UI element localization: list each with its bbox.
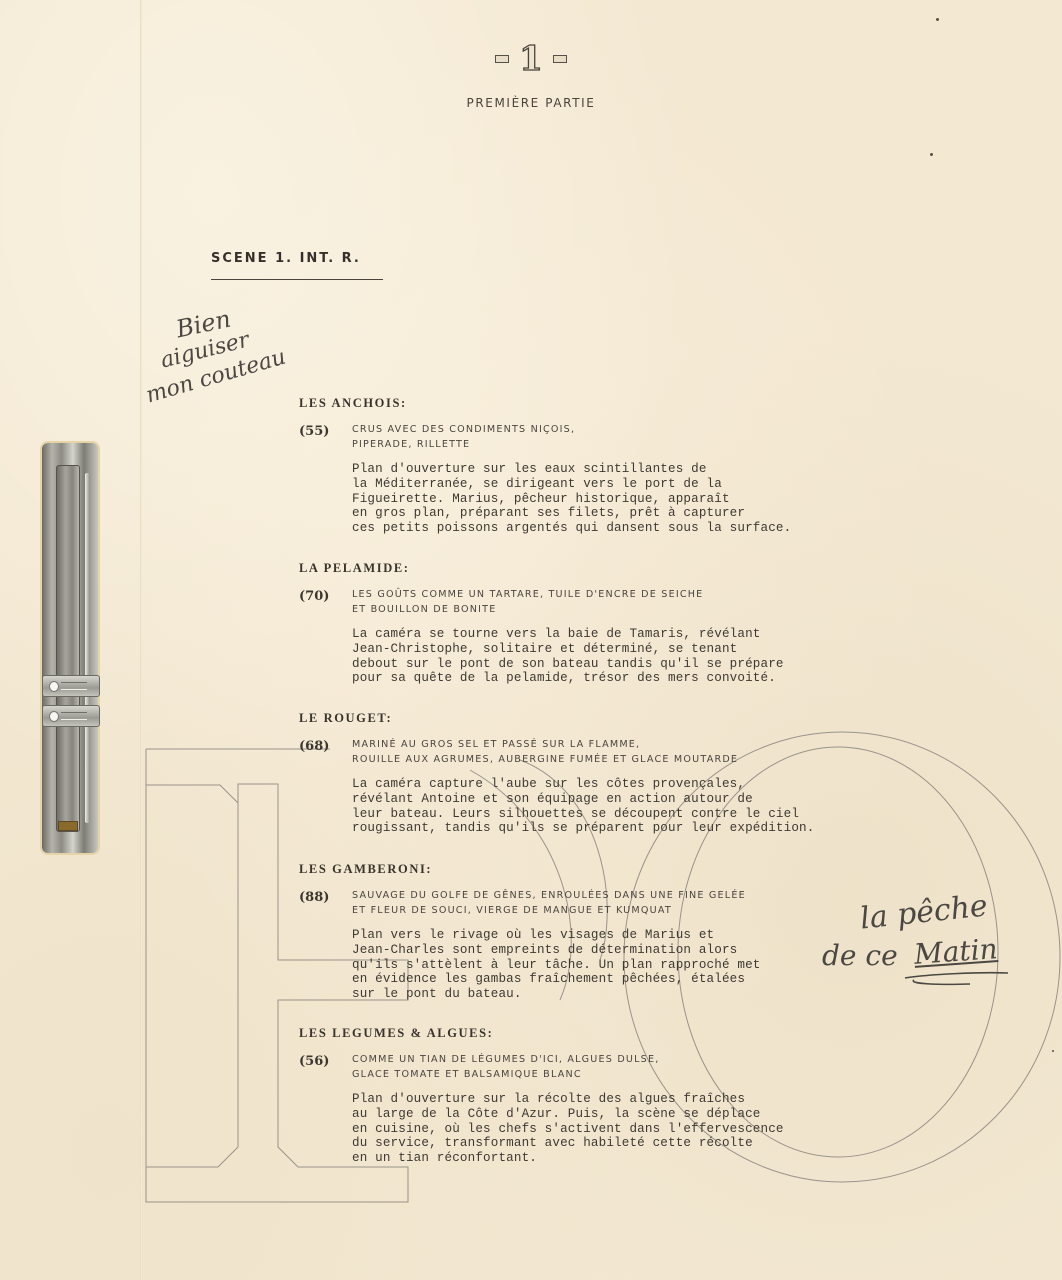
menu-section-legumes-algues: LES LEGUMES & ALGUES: (56) COMME UN TIAN…: [299, 1026, 899, 1166]
section-subtitle: MARINÉ AU GROS SEL ET PASSÉ SUR LA FLAMM…: [352, 737, 899, 767]
section-subtitle: CRUS AVEC DES CONDIMENTS NIÇOIS, PIPERAD…: [352, 422, 899, 452]
section-heading: LES ANCHOIS:: [299, 396, 899, 411]
section-body: Plan vers le rivage où les visages de Ma…: [352, 928, 899, 1002]
section-body: La caméra capture l'aube sur les côtes p…: [352, 777, 899, 836]
dash-left-icon: [495, 55, 509, 63]
fastener-foot: [58, 821, 78, 831]
scene-title-underline: [211, 279, 383, 280]
paper-speck: [1052, 1050, 1054, 1052]
dash-right-icon: [553, 55, 567, 63]
section-body: Plan d'ouverture sur la récolte des algu…: [352, 1092, 899, 1166]
menu-section-gamberoni: LES GAMBERONI: (88) SAUVAGE DU GOLFE DE …: [299, 862, 899, 1002]
metal-paper-fastener: [42, 443, 98, 853]
menu-section-pelamide: LA PELAMIDE: (70) LES GOÛTS COMME UN TAR…: [299, 561, 899, 686]
menu-section-anchois: LES ANCHOIS: (55) CRUS AVEC DES CONDIMEN…: [299, 396, 899, 536]
section-subtitle: SAUVAGE DU GOLFE DE GÊNES, ENROULÉES DAN…: [352, 888, 899, 918]
section-body: La caméra se tourne vers la baie de Tama…: [352, 627, 899, 686]
paper-speck: [930, 153, 933, 156]
section-price: (70): [299, 589, 329, 604]
section-price: (55): [299, 424, 329, 439]
section-heading: LA PELAMIDE:: [299, 561, 899, 576]
fastener-clip: [42, 705, 100, 727]
section-subtitle: LES GOÛTS COMME UN TARTARE, TUILE D'ENCR…: [352, 587, 899, 617]
fastener-clip: [42, 675, 100, 697]
section-heading: LE ROUGET:: [299, 711, 899, 726]
part-title: PREMIÈRE PARTIE: [0, 96, 1062, 110]
paper-speck: [936, 18, 939, 21]
paper-fold-line: [140, 0, 142, 1280]
scene-title: SCENE 1. INT. R.: [211, 251, 361, 266]
fastener-strip: [56, 465, 80, 832]
handwritten-note-right-line3: Matin: [913, 935, 998, 969]
fastener-rail: [85, 473, 90, 823]
section-price: (56): [299, 1054, 329, 1069]
section-body: Plan d'ouverture sur les eaux scintillan…: [352, 462, 899, 536]
handwritten-underline-swoosh: [900, 970, 1010, 990]
section-heading: LES GAMBERONI:: [299, 862, 899, 877]
menu-section-rouget: LE ROUGET: (68) MARINÉ AU GROS SEL ET PA…: [299, 711, 899, 836]
section-heading: LES LEGUMES & ALGUES:: [299, 1026, 899, 1041]
section-price: (88): [299, 890, 329, 905]
section-price: (68): [299, 739, 329, 754]
page-number: 1: [0, 42, 1062, 76]
page-number-digit: 1: [519, 42, 543, 76]
section-subtitle: COMME UN TIAN DE LÉGUMES D'ICI, ALGUES D…: [352, 1052, 899, 1082]
